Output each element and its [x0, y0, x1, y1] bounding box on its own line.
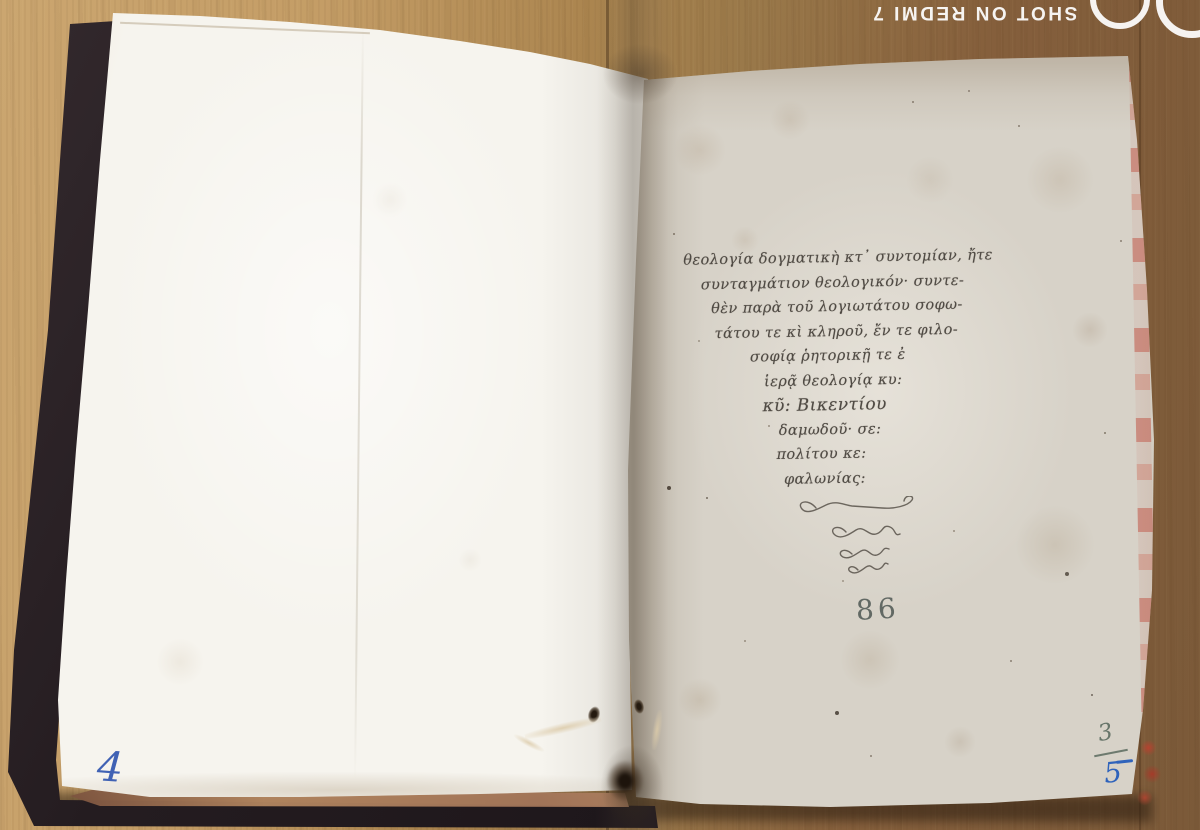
worm-damage-dark-mass: [606, 760, 644, 802]
foliation-number-pencil: 3: [1096, 719, 1115, 747]
manuscript-line: ἱερᾷ θεολογίᾳ κυ:: [764, 367, 903, 394]
manuscript-line: τάτου τε κὶ κληροῦ, ἔν τε φιλο-: [714, 317, 958, 346]
swirl-flourish-large: [800, 496, 912, 512]
manuscript-line-author-name: κῦ: Βικεντίου: [762, 392, 887, 419]
manuscript-line: σοφίᾳ ῥητορικῇ τε ἐ: [750, 343, 906, 370]
red-edge-corner-stain: [1136, 735, 1166, 816]
inventory-number: 86: [855, 590, 927, 627]
manuscript-line: πολίτου κε:: [776, 441, 866, 467]
manuscript-line: φαλωνίας:: [784, 466, 866, 492]
watermark-text: SHOT ON REDMI 7: [871, 2, 1077, 23]
manuscript-line: δαμωδοῦ· σε:: [779, 417, 882, 443]
swirl-flourish-small: [840, 548, 889, 558]
camera-watermark: SHOT ON REDMI 7: [846, 0, 1102, 26]
swirl-flourish-medium: [833, 526, 900, 537]
photo-of-manuscript-book: 4 θεολογία δογματικὴ κτ᾽ συντομίαν, ἤτε …: [0, 0, 1200, 830]
foliation-ink-dash: [1116, 759, 1133, 764]
swirl-flourish-ornaments-icon: [786, 496, 946, 581]
manuscript-title-text: θεολογία δογματικὴ κτ᾽ συντομίαν, ἤτε συ…: [666, 243, 1006, 494]
page-crease-line: [354, 26, 364, 780]
swirl-flourish-smallest: [849, 563, 888, 573]
